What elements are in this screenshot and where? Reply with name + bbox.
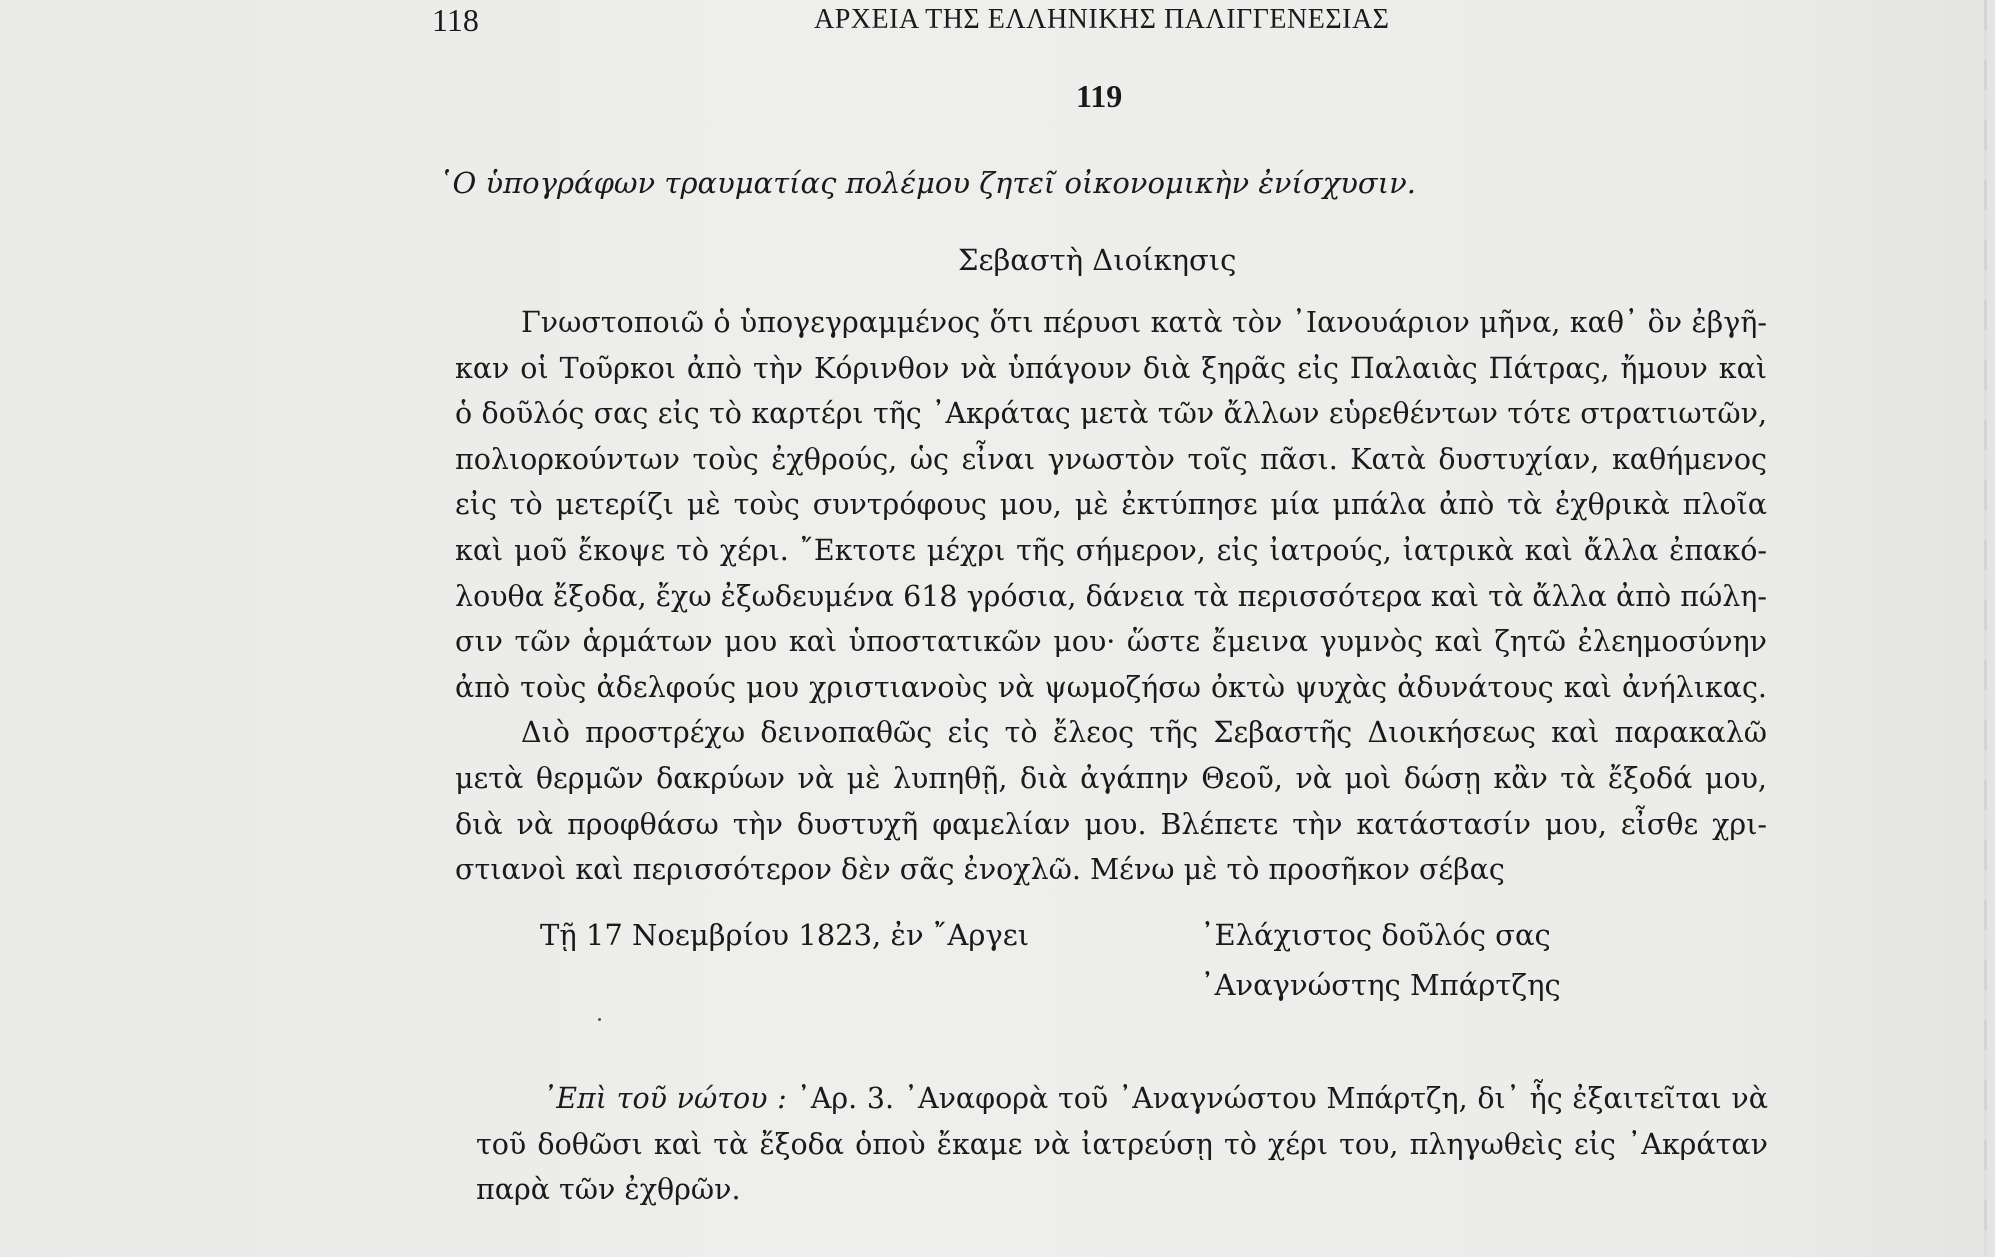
- body-line: σιν τῶν ἁρμάτων μου καὶ ὑποστατικῶν μου·…: [455, 619, 1767, 665]
- book-gutter-edge: [1984, 0, 1987, 1257]
- page-number: 118: [432, 2, 479, 39]
- verso-label: ᾿Επὶ τοῦ νώτου :: [542, 1082, 787, 1115]
- body-line: διὰ νὰ προφθάσω τὴν δυστυχῆ φαμελίαν μου…: [455, 802, 1767, 848]
- body-line: λουθα ἔξοδα, ἔχω ἐξωδευμένα 618 γρόσια, …: [455, 574, 1767, 620]
- body-line: ἀπὸ τοὺς ἀδελφούς μου χριστιανοὺς νὰ ψωμ…: [455, 665, 1767, 711]
- scanned-page: 118 ΑΡΧΕΙΑ ΤΗΣ ΕΛΛΗΝΙΚΗΣ ΠΑΛΙΓΓΕΝΕΣΙΑΣ 1…: [0, 0, 1995, 1257]
- body-line: πολιορκούντων τοὺς ἐχθρούς, ὡς εἶναι γνω…: [455, 437, 1767, 483]
- body-line: εἰς τὸ μετερίζι μὲ τοὺς συντρόφους μου, …: [455, 482, 1767, 528]
- body-line: καν οἱ Τοῦρκοι ἀπὸ τὴν Κόρινθον νὰ ὑπάγο…: [455, 346, 1767, 392]
- date-place: Τῇ 17 Νοεμβρίου 1823, ἐν ῎Αργει: [540, 918, 1029, 952]
- salutation: Σεβαστὴ Διοίκησις: [958, 243, 1236, 277]
- body-line: ὁ δοῦλός σας εἰς τὸ καρτέρι τῆς ᾿Ακράτας…: [455, 391, 1767, 437]
- body-line: Γνωστοποιῶ ὁ ὑπογεγραμμένος ὅτι πέρυσι κ…: [455, 300, 1767, 346]
- signature: ᾿Αναγνώστης Μπάρτζης: [1200, 968, 1561, 1002]
- document-summary: ῾Ο ὑπογράφων τραυματίας πολέμου ζητεῖ οἰ…: [438, 166, 1416, 200]
- signoff: ᾿Ελάχιστος δοῦλός σας: [1200, 918, 1551, 952]
- document-number: 119: [1076, 78, 1122, 115]
- body-line: μετὰ θερμῶν δακρύων νὰ μὲ λυπηθῇ, διὰ ἀγ…: [455, 756, 1767, 802]
- letter-body: Γνωστοποιῶ ὁ ὑπογεγραμμένος ὅτι πέρυσι κ…: [455, 300, 1767, 893]
- verso-line: ᾿Επὶ τοῦ νώτου : ᾿Αρ. 3. ᾿Αναφορὰ τοῦ ᾿Α…: [476, 1076, 1768, 1122]
- verso-text: ᾿Αρ. 3. ᾿Αναφορὰ τοῦ ᾿Αναγνώστου Μπάρτζη…: [787, 1082, 1768, 1115]
- body-line: καὶ μοῦ ἔκοψε τὸ χέρι. ῎Εκτοτε μέχρι τῆς…: [455, 528, 1767, 574]
- running-head: 118 ΑΡΧΕΙΑ ΤΗΣ ΕΛΛΗΝΙΚΗΣ ΠΑΛΙΓΓΕΝΕΣΙΑΣ: [432, 0, 1492, 40]
- letter-closing: Τῇ 17 Νοεμβρίου 1823, ἐν ῎Αργει ᾿Ελάχιστ…: [540, 918, 1540, 1018]
- body-line: Διὸ προστρέχω δεινοπαθῶς εἰς τὸ ἔλεος τῆ…: [455, 710, 1767, 756]
- running-title: ΑΡΧΕΙΑ ΤΗΣ ΕΛΛΗΝΙΚΗΣ ΠΑΛΙΓΓΕΝΕΣΙΑΣ: [814, 4, 1389, 36]
- body-line: στιανοὶ καὶ περισσότερον δὲν σᾶς ἐνοχλῶ.…: [455, 847, 1767, 893]
- verso-line: τοῦ δοθῶσι καὶ τὰ ἔξοδα ὁποὺ ἔκαμε νὰ ἰα…: [476, 1122, 1768, 1168]
- scan-speck: [598, 1018, 601, 1021]
- verso-line: παρὰ τῶν ἐχθρῶν.: [476, 1167, 1768, 1213]
- verso-note: ᾿Επὶ τοῦ νώτου : ᾿Αρ. 3. ᾿Αναφορὰ τοῦ ᾿Α…: [476, 1076, 1768, 1213]
